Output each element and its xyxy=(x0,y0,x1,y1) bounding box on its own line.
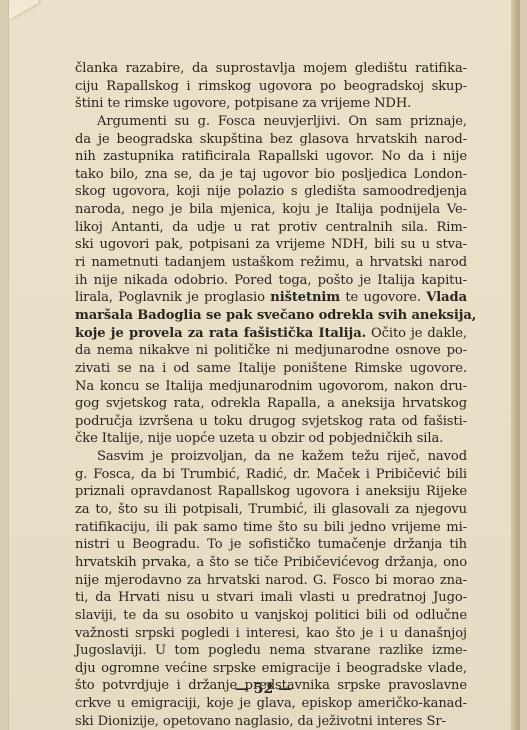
text-span: Očito je dakle, xyxy=(366,326,467,341)
text-span: Jugoslaviji. U tom pogledu nema stvarane… xyxy=(75,643,467,658)
paragraph: Argumenti su g. Fosca neuvjerljivi. On s… xyxy=(75,113,467,448)
text-line: tako bilo, zna se, da je taj ugovor bio … xyxy=(75,166,467,184)
text-span: članka razabire, da suprostavlja mojem g… xyxy=(75,61,467,76)
text-span: g. Fosca, da bi Trumbić, Radić, dr. Mače… xyxy=(75,467,467,482)
text-line: nistri u Beogradu. To je sofističko tuma… xyxy=(75,536,467,554)
text-span: Sasvim je proizvoljan, da ne kažem težu … xyxy=(97,449,467,464)
bold-text: ništetnim xyxy=(270,290,340,305)
text-span: tako bilo, zna se, da je taj ugovor bio … xyxy=(75,167,467,182)
text-line: lirala, Poglavnik je proglasio ništetnim… xyxy=(75,289,467,307)
text-line: ih nije nikada odobrio. Pored toga, pošt… xyxy=(75,272,467,290)
text-span: lirala, Poglavnik je proglasio xyxy=(75,290,270,305)
bold-text: koje je provela za rata fašistička Itali… xyxy=(75,326,366,341)
text-span: ri nametnuti tadanjem ustaškom režimu, a… xyxy=(75,255,467,270)
text-line: naroda, nego je bila mjenica, koju je It… xyxy=(75,201,467,219)
text-line: da nema nikakve ni političke ni medjunar… xyxy=(75,342,467,360)
text-line: maršala Badoglia se pak svečano odrekla … xyxy=(75,307,467,325)
text-span: naroda, nego je bila mjenica, koju je It… xyxy=(75,202,467,217)
text-span: priznali opravdanost Rapallskog ugovora … xyxy=(75,484,467,499)
text-span: te ugovore. xyxy=(340,290,426,305)
text-line: hrvatskih prvaka, a što se tiče Pribičev… xyxy=(75,554,467,572)
text-span: Na koncu se Italija medjunarodnim ugovor… xyxy=(75,379,467,394)
paragraph: članka razabire, da suprostavlja mojem g… xyxy=(75,60,467,113)
text-span: štini te rimske ugovore, potpisane za vr… xyxy=(75,96,411,111)
text-line: gog svjetskog rata, odrekla Rapalla, a a… xyxy=(75,395,467,413)
text-span: ciju Rapallskog i rimskog ugovora po beo… xyxy=(75,79,467,94)
text-line: Argumenti su g. Fosca neuvjerljivi. On s… xyxy=(75,113,467,131)
text-line: g. Fosca, da bi Trumbić, Radić, dr. Mače… xyxy=(75,466,467,484)
text-span: čke Italije, nije uopće uzeta u obzir od… xyxy=(75,431,443,446)
text-line: likoj Antanti, da udje u rat protiv cent… xyxy=(75,219,467,237)
text-line: ski ugovori pak, potpisani za vrijeme ND… xyxy=(75,236,467,254)
text-line: ciju Rapallskog i rimskog ugovora po beo… xyxy=(75,78,467,96)
text-line: priznali opravdanost Rapallskog ugovora … xyxy=(75,483,467,501)
text-span: da je beogradska skupština bez glasova h… xyxy=(75,132,467,147)
text-line: da je beogradska skupština bez glasova h… xyxy=(75,131,467,149)
text-line: dju ogromne većine srpske emigracije i b… xyxy=(75,660,467,678)
text-span: hrvatskih prvaka, a što se tiče Pribičev… xyxy=(75,555,467,570)
text-span: dju ogromne većine srpske emigracije i b… xyxy=(75,661,467,676)
text-span: ratifikaciju, ili pak samo time što su b… xyxy=(75,520,467,535)
text-span: crkve u emigraciji, koje je glava, episk… xyxy=(75,696,467,711)
body-text: članka razabire, da suprostavlja mojem g… xyxy=(75,60,467,730)
bold-text: maršala Badoglia se pak svečano odrekla … xyxy=(75,308,476,323)
text-line: slaviji, te da su osobito u vanjskoj pol… xyxy=(75,607,467,625)
text-span: Argumenti su g. Fosca neuvjerljivi. On s… xyxy=(97,114,467,129)
text-span: ih nije nikada odobrio. Pored toga, pošt… xyxy=(75,273,467,288)
text-line: ski Dionizije, opetovano naglasio, da je… xyxy=(75,713,467,730)
text-span: slaviji, te da su osobito u vanjskoj pol… xyxy=(75,608,467,623)
text-line: Sasvim je proizvoljan, da ne kažem težu … xyxy=(75,448,467,466)
text-span: ski Dionizije, opetovano naglasio, da je… xyxy=(75,714,446,729)
text-span: ti, da Hrvati nisu u stvari imali vlasti… xyxy=(75,590,467,605)
text-line: ti, da Hrvati nisu u stvari imali vlasti… xyxy=(75,589,467,607)
text-line: područja izvršena u toku drugog svjetsko… xyxy=(75,413,467,431)
text-line: članka razabire, da suprostavlja mojem g… xyxy=(75,60,467,78)
text-line: Jugoslaviji. U tom pogledu nema stvarane… xyxy=(75,642,467,660)
text-line: štini te rimske ugovore, potpisane za vr… xyxy=(75,95,467,113)
text-line: ri nametnuti tadanjem ustaškom režimu, a… xyxy=(75,254,467,272)
text-line: Na koncu se Italija medjunarodnim ugovor… xyxy=(75,378,467,396)
text-span: gog svjetskog rata, odrekla Rapalla, a a… xyxy=(75,396,467,411)
text-span: za to, što su ili potpisali, Trumbić, il… xyxy=(75,502,467,517)
text-span: ski ugovori pak, potpisani za vrijeme ND… xyxy=(75,237,467,252)
text-line: skog ugovora, koji nije polazio s glediš… xyxy=(75,183,467,201)
text-span: nistri u Beogradu. To je sofističko tuma… xyxy=(75,537,467,552)
text-line: važnosti srpski pogledi i interesi, kao … xyxy=(75,625,467,643)
page-number: — 52 — xyxy=(0,681,527,697)
text-span: nije mjerodavno za hrvatski narod. G. Fo… xyxy=(75,573,467,588)
text-span: skog ugovora, koji nije polazio s glediš… xyxy=(75,184,467,199)
folded-corner xyxy=(9,0,39,20)
text-span: da nema nikakve ni političke ni medjunar… xyxy=(75,343,467,358)
text-line: nih zastupnika ratificirala Rapallski ug… xyxy=(75,148,467,166)
text-line: čke Italije, nije uopće uzeta u obzir od… xyxy=(75,430,467,448)
text-line: zivati se na i od same Italije poništene… xyxy=(75,360,467,378)
text-line: crkve u emigraciji, koje je glava, episk… xyxy=(75,695,467,713)
text-span: zivati se na i od same Italije poništene… xyxy=(75,361,467,376)
text-line: za to, što su ili potpisali, Trumbić, il… xyxy=(75,501,467,519)
page-edge xyxy=(511,0,518,730)
text-span: likoj Antanti, da udje u rat protiv cent… xyxy=(75,220,467,235)
text-span: važnosti srpski pogledi i interesi, kao … xyxy=(75,626,467,641)
bold-text: Vlada xyxy=(426,290,467,305)
text-span: nih zastupnika ratificirala Rapallski ug… xyxy=(75,149,467,164)
text-line: nije mjerodavno za hrvatski narod. G. Fo… xyxy=(75,572,467,590)
text-span: područja izvršena u toku drugog svjetsko… xyxy=(75,414,467,429)
text-line: koje je provela za rata fašistička Itali… xyxy=(75,325,467,343)
text-line: ratifikaciju, ili pak samo time što su b… xyxy=(75,519,467,537)
